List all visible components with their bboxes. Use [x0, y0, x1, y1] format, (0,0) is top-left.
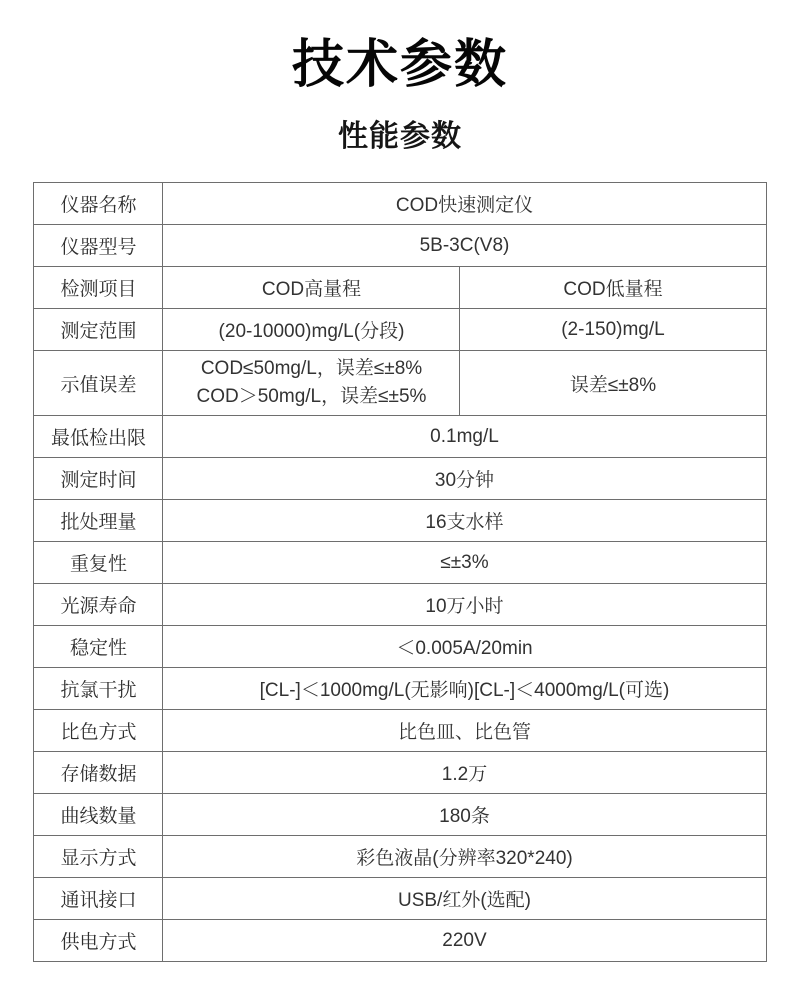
row-label: 批处理量	[34, 500, 163, 542]
error-line-1: COD≤50mg/L，误差≤±8%	[167, 355, 455, 383]
table-row-curve-count: 曲线数量 180条	[34, 794, 766, 836]
row-label: 检测项目	[34, 267, 163, 309]
row-value: ≤±3%	[163, 542, 766, 584]
row-value: 比色皿、比色管	[163, 710, 766, 752]
row-value-low-range: COD低量程	[460, 267, 766, 309]
row-value: 10万小时	[163, 584, 766, 626]
table-row-data-storage: 存储数据 1.2万	[34, 752, 766, 794]
row-value-high-range: COD高量程	[163, 267, 460, 309]
row-value-high-range: (20-10000)mg/L(分段)	[163, 309, 460, 351]
error-line-2: COD＞50mg/L，误差≤±5%	[167, 383, 455, 411]
row-value: 1.2万	[163, 752, 766, 794]
row-value: 0.1mg/L	[163, 416, 766, 458]
table-row-model: 仪器型号 5B-3C(V8)	[34, 225, 766, 267]
page-title: 技术参数	[0, 38, 800, 93]
table-row-measure-time: 测定时间 30分钟	[34, 458, 766, 500]
row-value: 彩色液晶(分辨率320*240)	[163, 836, 766, 878]
row-value: 180条	[163, 794, 766, 836]
row-label: 供电方式	[34, 920, 163, 962]
table-row-colorimetric-mode: 比色方式 比色皿、比色管	[34, 710, 766, 752]
row-label: 仪器型号	[34, 225, 163, 267]
row-value: USB/红外(选配)	[163, 878, 766, 920]
table-row-display-mode: 显示方式 彩色液晶(分辨率320*240)	[34, 836, 766, 878]
spec-sheet-page: 技术参数 性能参数 仪器名称 COD快速测定仪 仪器型号 5B-3C(V8) 检…	[0, 0, 800, 983]
row-label: 通讯接口	[34, 878, 163, 920]
table-row-batch-capacity: 批处理量 16支水样	[34, 500, 766, 542]
row-value-high-range: COD≤50mg/L，误差≤±8% COD＞50mg/L，误差≤±5%	[163, 351, 460, 416]
table-row-comm-interface: 通讯接口 USB/红外(选配)	[34, 878, 766, 920]
table-row-measure-range: 测定范围 (20-10000)mg/L(分段) (2-150)mg/L	[34, 309, 766, 351]
row-label: 抗氯干扰	[34, 668, 163, 710]
row-label: 显示方式	[34, 836, 163, 878]
row-value: 30分钟	[163, 458, 766, 500]
row-label: 比色方式	[34, 710, 163, 752]
row-label: 最低检出限	[34, 416, 163, 458]
row-value: 220V	[163, 920, 766, 962]
table-row-instrument-name: 仪器名称 COD快速测定仪	[34, 183, 766, 225]
row-label: 存储数据	[34, 752, 163, 794]
row-label: 曲线数量	[34, 794, 163, 836]
row-value: 16支水样	[163, 500, 766, 542]
table-row-indication-error: 示值误差 COD≤50mg/L，误差≤±8% COD＞50mg/L，误差≤±5%…	[34, 351, 766, 416]
row-value-low-range: 误差≤±8%	[460, 351, 766, 416]
row-value: [CL-]＜1000mg/L(无影响)[CL-]＜4000mg/L(可选)	[163, 668, 766, 710]
table-row-stability: 稳定性 ＜0.005A/20min	[34, 626, 766, 668]
row-value: COD快速测定仪	[163, 183, 766, 225]
row-label: 测定范围	[34, 309, 163, 351]
table-row-detection-limit: 最低检出限 0.1mg/L	[34, 416, 766, 458]
table-row-detection-items: 检测项目 COD高量程 COD低量程	[34, 267, 766, 309]
row-value-low-range: (2-150)mg/L	[460, 309, 766, 351]
table-row-power-supply: 供电方式 220V	[34, 920, 766, 962]
table-row-chloride-resistance: 抗氯干扰 [CL-]＜1000mg/L(无影响)[CL-]＜4000mg/L(可…	[34, 668, 766, 710]
table-row-lamp-life: 光源寿命 10万小时	[34, 584, 766, 626]
spec-table: 仪器名称 COD快速测定仪 仪器型号 5B-3C(V8) 检测项目 COD高量程…	[33, 182, 766, 962]
row-value: ＜0.005A/20min	[163, 626, 766, 668]
row-label: 示值误差	[34, 351, 163, 416]
row-label: 光源寿命	[34, 584, 163, 626]
row-value: 5B-3C(V8)	[163, 225, 766, 267]
row-label: 重复性	[34, 542, 163, 584]
row-label: 稳定性	[34, 626, 163, 668]
table-row-repeatability: 重复性 ≤±3%	[34, 542, 766, 584]
row-label: 仪器名称	[34, 183, 163, 225]
section-subtitle: 性能参数	[0, 121, 800, 153]
row-label: 测定时间	[34, 458, 163, 500]
